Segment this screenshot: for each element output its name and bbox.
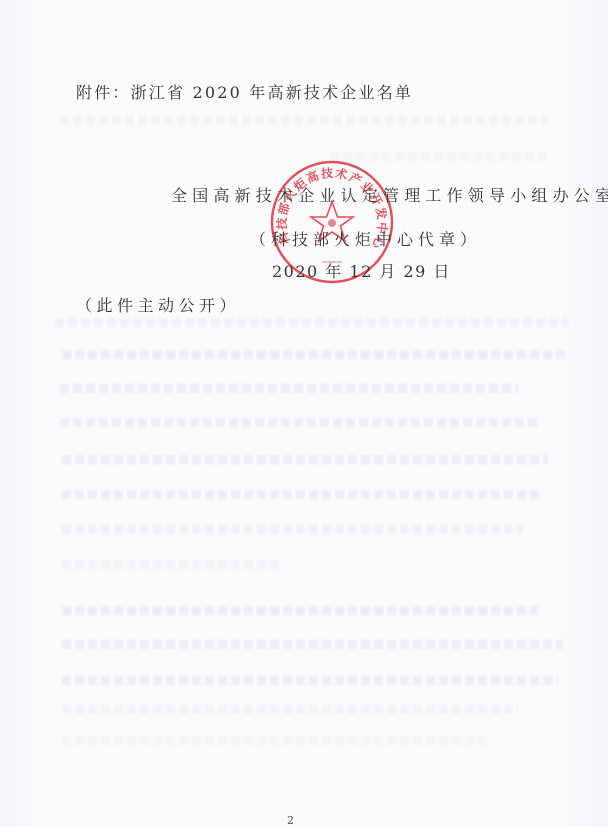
issue-date: 2020 年 12 月 29 日 xyxy=(272,262,451,282)
bleed-through-line xyxy=(60,418,538,427)
document-page: 附件：浙江省 2020 年高新技术企业名单 科技部火炬高技术产业开发中心 全国高… xyxy=(0,0,608,827)
bleed-through-line xyxy=(62,350,568,359)
bleed-through-line xyxy=(62,640,563,649)
bleed-through-line xyxy=(60,116,548,125)
attachment-line: 附件：浙江省 2020 年高新技术企业名单 xyxy=(76,83,413,103)
issuer-name: 全国高新技术企业认定管理工作领导小组办公室 xyxy=(171,186,608,206)
bleed-through-line xyxy=(330,152,548,161)
issuer-seal-note: （科技部火炬中心代章） xyxy=(250,230,481,250)
bleed-through-line xyxy=(60,384,518,393)
page-number: 2 xyxy=(287,814,294,827)
bleed-through-line xyxy=(62,490,543,499)
disclosure-note: （此件主动公开） xyxy=(76,296,240,316)
bleed-through-line xyxy=(62,455,548,464)
bleed-through-line xyxy=(62,676,558,685)
bleed-through-line xyxy=(62,705,518,714)
bleed-through-line xyxy=(62,560,278,569)
bleed-through-line xyxy=(62,606,538,615)
bleed-through-line xyxy=(62,525,523,534)
bleed-through-line xyxy=(62,736,488,745)
bleed-through-line xyxy=(55,318,568,327)
